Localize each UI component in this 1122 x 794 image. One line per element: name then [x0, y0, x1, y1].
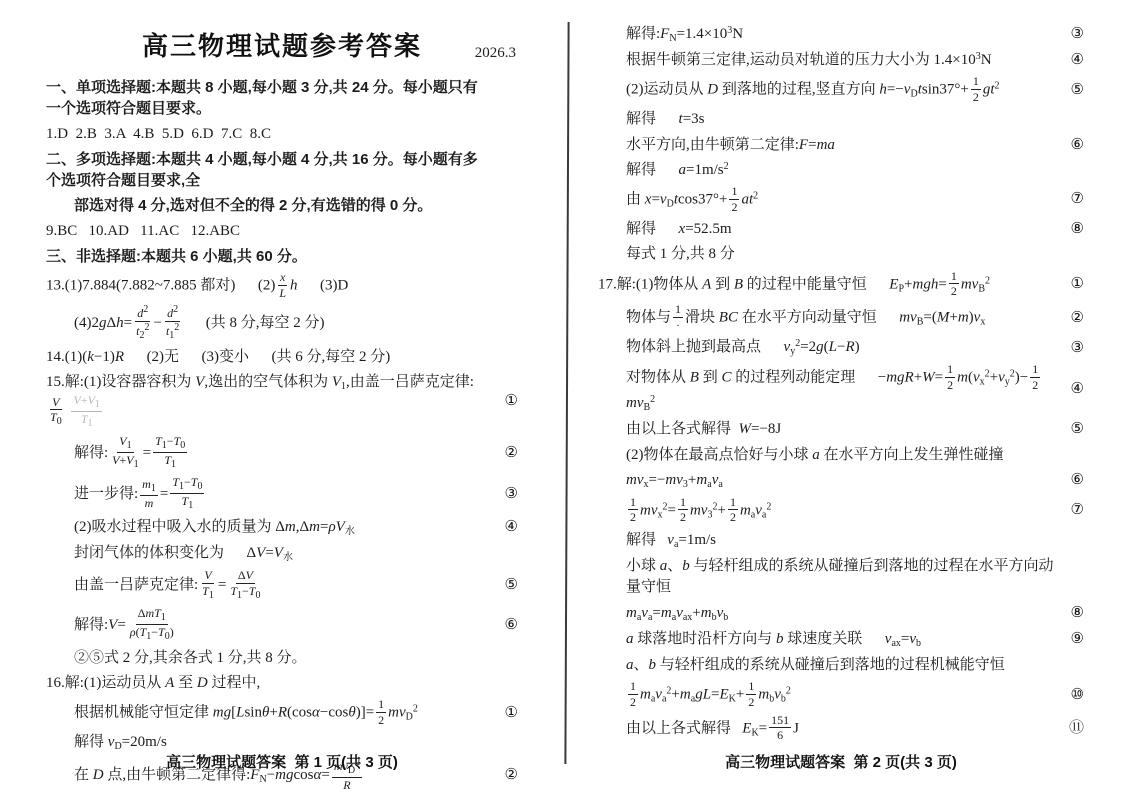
answer-line-text: 部选对得 4 分,选对但不全的得 2 分,有选错的得 0 分。 — [74, 195, 492, 216]
answer-line: 根据机械能守恒定律 mg[Lsinθ+R(cosα−cosθ)]=12mvD2① — [46, 698, 518, 728]
answer-line: 每式 1 分,共 8 分 — [598, 244, 1084, 265]
answer-line-text: (2)吸水过程中吸入水的质量为 Δm,Δm=ρV水 — [74, 517, 492, 539]
answer-line: 解得:V1V+V1=T1−T0T1② — [46, 435, 518, 472]
answer-line-text: 9.BC 10.AD 11.AC 12.ABC — [46, 221, 492, 242]
answer-line-text: (4)2gΔh=d2t22−d2t12 (共 8 分,每空 2 分) — [74, 305, 492, 342]
answer-line: 物体斜上抛到最高点 vy2=2g(L−R)③ — [598, 337, 1084, 359]
answer-line: 9.BC 10.AD 11.AC 12.ABC — [46, 221, 518, 242]
answer-line: 12mava2+magL=EK+12mbvb2⑩ — [598, 680, 1084, 710]
answer-line-text: 14.(1)(k−1)R (2)无 (3)变小 (共 6 分,每空 2 分) — [46, 347, 492, 368]
equation-number-badge: ⑤ — [492, 575, 518, 596]
page-2-footer: 高三物理试题答案 第 2 页(共 3 页) — [598, 751, 1084, 772]
answer-line-text: 17.解:(1)物体从 A 到 B 的过程中能量守恒 EP+mgh=12mvB2 — [598, 270, 1058, 300]
equation-number-badge: ③ — [492, 484, 518, 505]
answer-line: 解得 va=1m/s — [598, 530, 1084, 552]
equation-number-badge: ⑥ — [1058, 470, 1084, 491]
answer-line: 水平方向,由牛顿第二定律:F=ma⑥ — [598, 135, 1084, 156]
answer-line: 12mvx2=12mv32+12mava2⑦ — [598, 496, 1084, 526]
answer-line-text: 封闭气体的体积变化为 ΔV=V水 — [74, 543, 492, 565]
page-1-footer: 高三物理试题答案 第 1 页(共 3 页) — [46, 751, 518, 772]
answer-line-text: 12mava2+magL=EK+12mbvb2 — [626, 680, 1058, 710]
equation-number-badge: ④ — [1058, 379, 1084, 400]
answer-line: 14.(1)(k−1)R (2)无 (3)变小 (共 6 分,每空 2 分) — [46, 347, 518, 368]
answer-line: 解得 a=1m/s2 — [598, 160, 1084, 181]
page-2-content: 解得:FN=1.4×103N③根据牛顿第三定律,运动员对轨道的压力大小为 1.4… — [598, 0, 1084, 744]
answer-line-text: (2)运动员从 D 到落地的过程,竖直方向 h=−vDtsin37°+12gt2 — [626, 75, 1058, 105]
answer-line-text: 解得:V1V+V1=T1−T0T1 — [74, 435, 492, 472]
answer-line: 17.解:(1)物体从 A 到 B 的过程中能量守恒 EP+mgh=12mvB2… — [598, 270, 1084, 300]
answer-line-text: 解得:FN=1.4×103N — [626, 24, 1058, 46]
answer-line-text: 1.D 2.B 3.A 4.B 5.D 6.D 7.C 8.C — [46, 124, 492, 145]
answer-line-text: 一、单项选择题:本题共 8 小题,每小题 3 分,共 24 分。每小题只有一个选… — [46, 77, 492, 120]
equation-number-badge: ⑪ — [1058, 718, 1084, 739]
equation-number-badge: ⑤ — [1058, 80, 1084, 101]
answer-line: 一、单项选择题:本题共 8 小题,每小题 3 分,共 24 分。每小题只有一个选… — [46, 77, 518, 120]
answer-line-text: 13.(1)7.884(7.882~7.885 都对) (2)xLh (3)D — [46, 271, 492, 301]
equation-number-badge: ⑧ — [1058, 219, 1084, 240]
answer-line: 15.解:(1)设容器容积为 V,逸出的空气体积为 V1,由盖一吕萨克定律:VT… — [46, 372, 518, 431]
answer-line: 物体与1·滑块 BC 在水平方向动量守恒 mvB=(M+m)vx② — [598, 303, 1084, 333]
answer-line: 解得:FN=1.4×103N③ — [598, 24, 1084, 46]
answer-line: a 球落地时沿杆方向与 b 球速度关联 vax=vb⑨ — [598, 629, 1084, 651]
page-divider-line — [564, 22, 569, 764]
answer-line-text: 根据牛顿第三定律,运动员对轨道的压力大小为 1.4×103N — [626, 50, 1058, 71]
answer-line: 三、非选择题:本题共 6 小题,共 60 分。 — [46, 246, 518, 267]
answer-line-text: a、b 与轻杆组成的系统从碰撞后到落地的过程机械能守恒 — [626, 655, 1058, 676]
equation-number-badge: ③ — [1058, 338, 1084, 359]
answer-line: (4)2gΔh=d2t22−d2t12 (共 8 分,每空 2 分) — [46, 305, 518, 342]
equation-number-badge: ⑩ — [1058, 685, 1084, 706]
answer-line: 小球 a、b 与轻杆组成的系统从碰撞后到落地的过程在水平方向动量守恒 — [598, 556, 1084, 599]
page-title: 高三物理试题参考答案 — [142, 26, 422, 63]
answer-line: 部选对得 4 分,选对但不全的得 2 分,有选错的得 0 分。 — [46, 195, 518, 216]
answer-line: 由以上各式解得 W=−8J⑤ — [598, 419, 1084, 440]
answer-line: 由以上各式解得 EK=1516J⑪ — [598, 714, 1084, 744]
answer-line: 封闭气体的体积变化为 ΔV=V水 — [46, 543, 518, 565]
answer-line: (2)物体在最高点恰好与小球 a 在水平方向上发生弹性碰撞 — [598, 445, 1084, 466]
answer-line: 16.解:(1)运动员从 A 至 D 过程中, — [46, 673, 518, 694]
answer-line-text: 由盖一吕萨克定律:VT1=ΔVT1−T0 — [74, 569, 492, 602]
answer-line: 根据牛顿第三定律,运动员对轨道的压力大小为 1.4×103N④ — [598, 50, 1084, 71]
answer-line-text: a 球落地时沿杆方向与 b 球速度关联 vax=vb — [626, 629, 1058, 651]
page-1: 高三物理试题参考答案 2026.3 一、单项选择题:本题共 8 小题,每小题 3… — [46, 0, 518, 794]
equation-number-badge: ① — [1058, 274, 1084, 295]
answer-line-text: 根据机械能守恒定律 mg[Lsinθ+R(cosα−cosθ)]=12mvD2 — [74, 698, 492, 728]
answer-line: a、b 与轻杆组成的系统从碰撞后到落地的过程机械能守恒 — [598, 655, 1084, 676]
answer-line: 由 x=vDtcos37°+12at2⑦ — [598, 185, 1084, 215]
answer-line-text: 16.解:(1)运动员从 A 至 D 过程中, — [46, 673, 492, 694]
answer-line: 进一步得:m1m=T1−T0T1③ — [46, 476, 518, 513]
answer-line: 13.(1)7.884(7.882~7.885 都对) (2)xLh (3)D — [46, 271, 518, 301]
equation-number-badge: ⑥ — [1058, 135, 1084, 156]
answer-line: 对物体从 B 到 C 的过程列动能定理 −mgR+W=12m(vx2+vy2)−… — [598, 363, 1084, 415]
equation-number-badge: ② — [492, 443, 518, 464]
equation-number-badge: ① — [492, 391, 518, 412]
equation-number-badge: ② — [1058, 308, 1084, 329]
equation-number-badge: ④ — [1058, 50, 1084, 71]
answer-line-text: 对物体从 B 到 C 的过程列动能定理 −mgR+W=12m(vx2+vy2)−… — [626, 363, 1058, 415]
answer-line-text: 物体与1·滑块 BC 在水平方向动量守恒 mvB=(M+m)vx — [626, 303, 1058, 333]
answer-line: mvx=−mv3+mava⑥ — [598, 470, 1084, 492]
equation-number-badge: ⑦ — [1058, 500, 1084, 521]
answer-line-text: 每式 1 分,共 8 分 — [626, 244, 1058, 265]
answer-line-text: 解得:V=ΔmT1ρ(T1−T0) — [74, 607, 492, 644]
answer-line-text: 物体斜上抛到最高点 vy2=2g(L−R) — [626, 337, 1058, 359]
equation-number-badge: ④ — [492, 517, 518, 538]
equation-number-badge: ⑧ — [1058, 603, 1084, 624]
answer-line-text: (2)物体在最高点恰好与小球 a 在水平方向上发生弹性碰撞 — [626, 445, 1058, 466]
answer-line-text: 水平方向,由牛顿第二定律:F=ma — [626, 135, 1058, 156]
exam-date: 2026.3 — [475, 45, 516, 62]
answer-line-text: 三、非选择题:本题共 6 小题,共 60 分。 — [46, 246, 492, 267]
answer-line: 解得 x=52.5m⑧ — [598, 219, 1084, 240]
answer-line-text: 由 x=vDtcos37°+12at2 — [626, 185, 1058, 215]
answer-line-text: ②⑤式 2 分,其余各式 1 分,共 8 分。 — [74, 648, 492, 669]
equation-number-badge: ⑨ — [1058, 629, 1084, 650]
equation-number-badge: ① — [492, 703, 518, 724]
equation-number-badge: ③ — [1058, 24, 1084, 45]
answer-line: 二、多项选择题:本题共 4 小题,每小题 4 分,共 16 分。每小题有多个选项… — [46, 149, 518, 192]
answer-line-text: 小球 a、b 与轻杆组成的系统从碰撞后到落地的过程在水平方向动量守恒 — [626, 556, 1058, 599]
title-row: 高三物理试题参考答案 2026.3 — [46, 26, 518, 63]
answer-line-text: 解得 a=1m/s2 — [626, 160, 1058, 181]
answer-line-text: 15.解:(1)设容器容积为 V,逸出的空气体积为 V1,由盖一吕萨克定律:VT… — [46, 372, 492, 431]
answer-line-text: 进一步得:m1m=T1−T0T1 — [74, 476, 492, 513]
equation-number-badge: ⑥ — [492, 615, 518, 636]
answer-line-text: 解得 x=52.5m — [626, 219, 1058, 240]
answer-line-text: mvx=−mv3+mava — [626, 470, 1058, 492]
page-2: 解得:FN=1.4×103N③根据牛顿第三定律,运动员对轨道的压力大小为 1.4… — [598, 0, 1084, 794]
answer-line: 解得 t=3s — [598, 109, 1084, 130]
answer-line: (2)运动员从 D 到落地的过程,竖直方向 h=−vDtsin37°+12gt2… — [598, 75, 1084, 105]
answer-line-text: mava=mavax+mbvb — [626, 603, 1058, 625]
answer-line-text: 解得 va=1m/s — [626, 530, 1058, 552]
answer-line: 由盖一吕萨克定律:VT1=ΔVT1−T0⑤ — [46, 569, 518, 602]
answer-line: mava=mavax+mbvb⑧ — [598, 603, 1084, 625]
answer-line: 解得:V=ΔmT1ρ(T1−T0)⑥ — [46, 607, 518, 644]
answer-line-text: 12mvx2=12mv32+12mava2 — [626, 496, 1058, 526]
answer-line: 1.D 2.B 3.A 4.B 5.D 6.D 7.C 8.C — [46, 124, 518, 145]
answer-line: ②⑤式 2 分,其余各式 1 分,共 8 分。 — [46, 648, 518, 669]
answer-line-text: 解得 t=3s — [626, 109, 1058, 130]
answer-line-text: 由以上各式解得 W=−8J — [626, 419, 1058, 440]
answer-line-text: 二、多项选择题:本题共 4 小题,每小题 4 分,共 16 分。每小题有多个选项… — [46, 149, 492, 192]
answer-line-text: 由以上各式解得 EK=1516J — [626, 714, 1058, 744]
page-1-content: 一、单项选择题:本题共 8 小题,每小题 3 分,共 24 分。每小题只有一个选… — [46, 77, 518, 794]
equation-number-badge: ⑤ — [1058, 419, 1084, 440]
answer-line: (2)吸水过程中吸入水的质量为 Δm,Δm=ρV水④ — [46, 517, 518, 539]
equation-number-badge: ⑦ — [1058, 189, 1084, 210]
